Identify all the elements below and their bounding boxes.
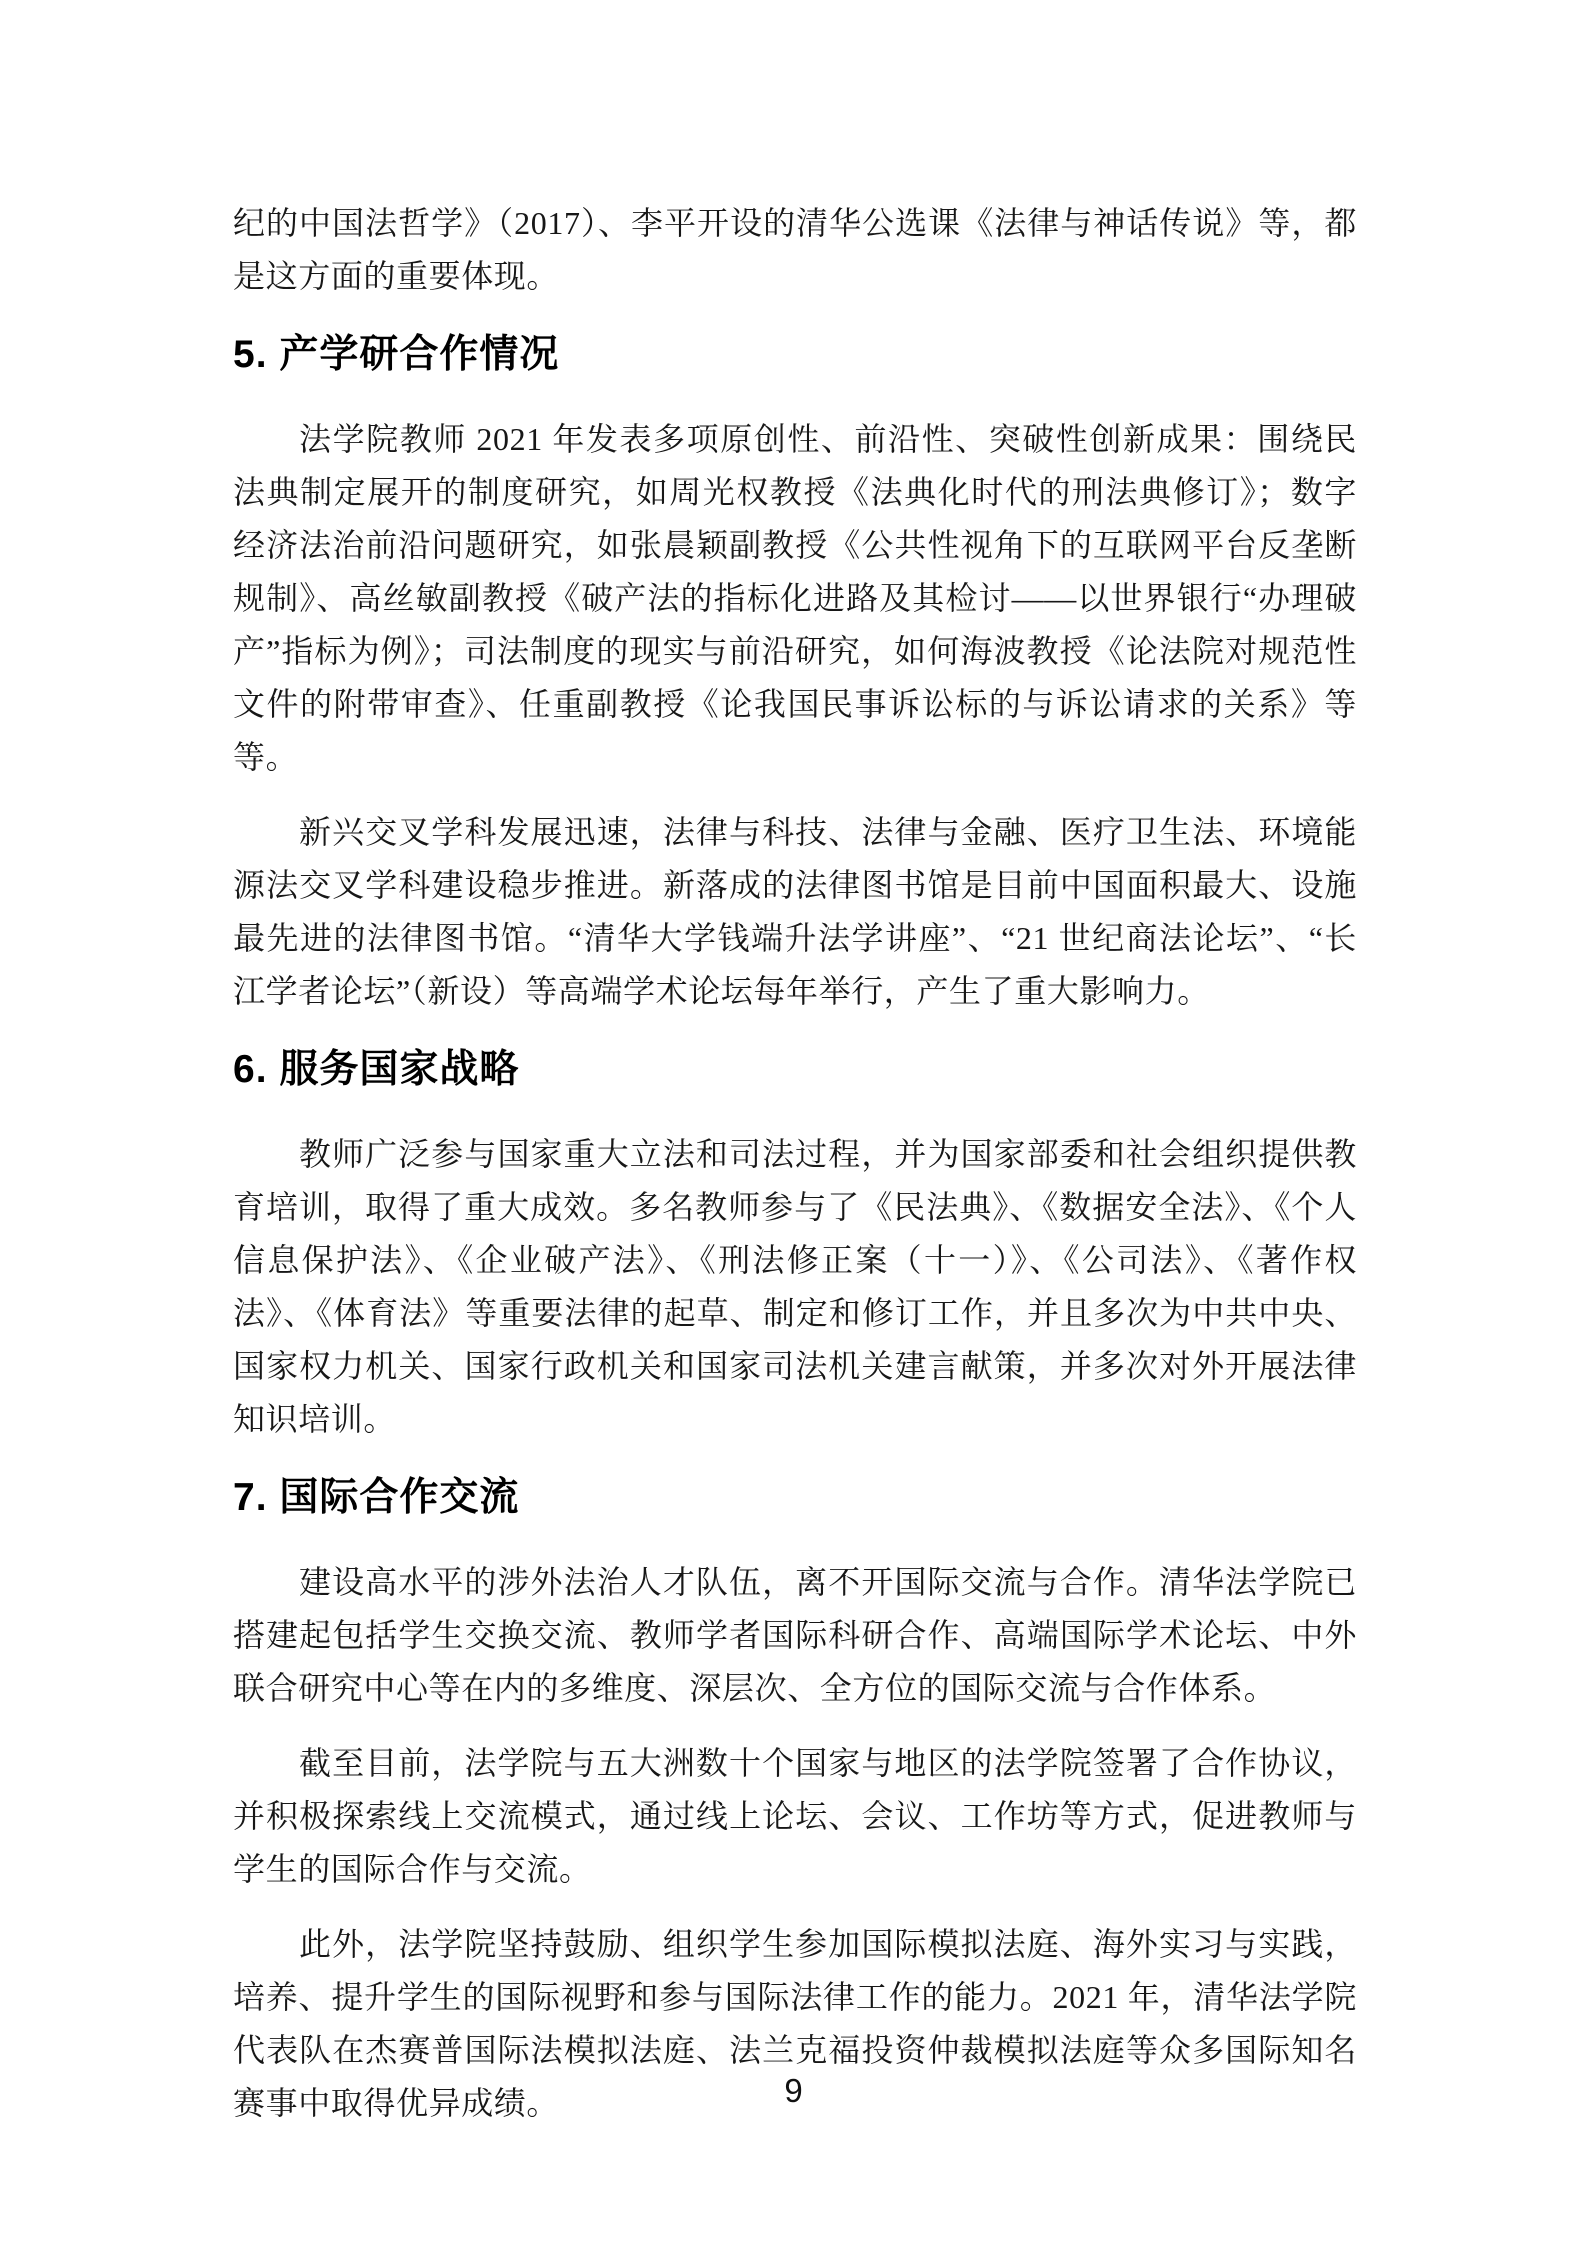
section-5-paragraph-1: 法学院教师 2021 年发表多项原创性、前沿性、突破性创新成果：围绕民法典制定展… — [233, 413, 1357, 784]
section-7-heading: 7. 国际合作交流 — [233, 1470, 1357, 1526]
page-content: 纪的中国法哲学》（2017）、李平开设的清华公选课《法律与神话传说》等，都是这方… — [233, 197, 1357, 2152]
section-7-paragraph-2: 截至目前，法学院与五大洲数十个国家与地区的法学院签署了合作协议，并积极探索线上交… — [233, 1737, 1357, 1896]
section-6-heading: 6. 服务国家战略 — [233, 1042, 1357, 1098]
section-7-paragraph-1: 建设高水平的涉外法治人才队伍，离不开国际交流与合作。清华法学院已搭建起包括学生交… — [233, 1556, 1357, 1715]
document-page: 纪的中国法哲学》（2017）、李平开设的清华公选课《法律与神话传说》等，都是这方… — [0, 0, 1587, 2245]
section-5-heading: 5. 产学研合作情况 — [233, 327, 1357, 383]
continuation-paragraph: 纪的中国法哲学》（2017）、李平开设的清华公选课《法律与神话传说》等，都是这方… — [233, 197, 1357, 303]
section-6-paragraph-1: 教师广泛参与国家重大立法和司法过程，并为国家部委和社会组织提供教育培训，取得了重… — [233, 1128, 1357, 1446]
page-number: 9 — [0, 2072, 1587, 2110]
section-5-paragraph-2: 新兴交叉学科发展迅速，法律与科技、法律与金融、医疗卫生法、环境能源法交叉学科建设… — [233, 806, 1357, 1018]
